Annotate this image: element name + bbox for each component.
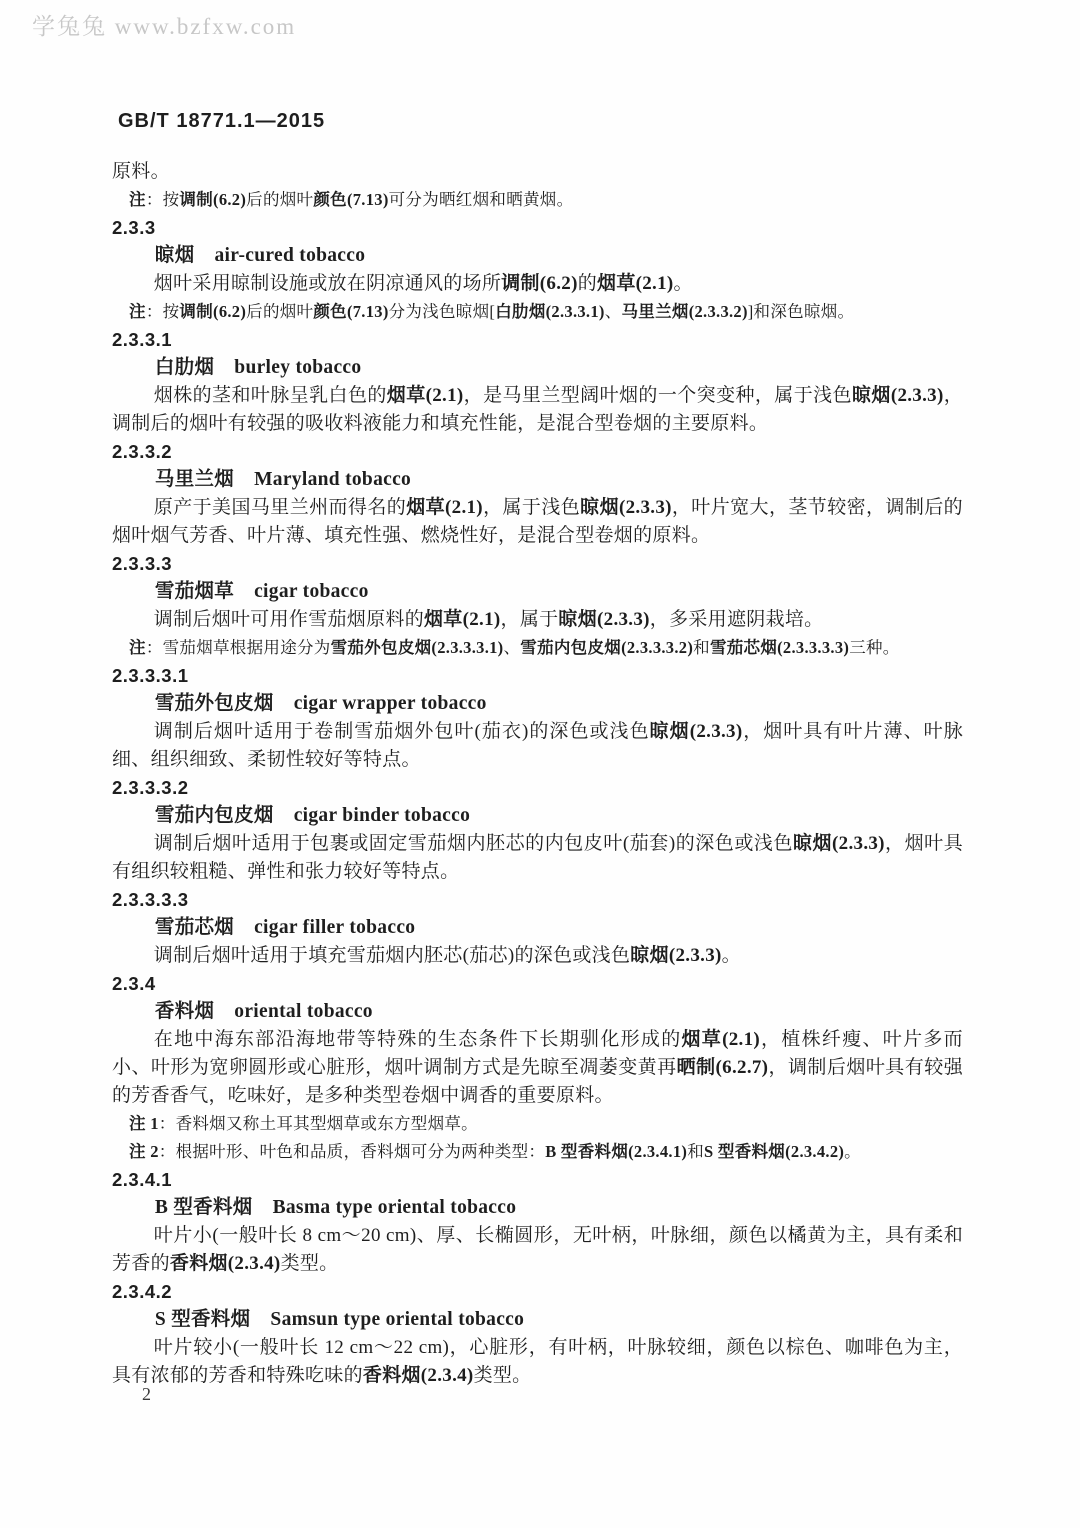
term-heading: S 型香料烟Samsun type oriental tobacco bbox=[112, 1306, 963, 1334]
clause-number: 2.3.4.2 bbox=[112, 1278, 963, 1306]
term-heading: 马里兰烟Maryland tobacco bbox=[112, 466, 963, 494]
bold-term: 颜色(7.13) bbox=[313, 302, 388, 321]
text-segment: 。 bbox=[844, 1142, 861, 1161]
bold-term: 晾烟(2.3.3) bbox=[630, 945, 721, 966]
bold-term: 注 2 bbox=[129, 1142, 159, 1161]
bold-term: 注 bbox=[129, 638, 146, 657]
watermark: 学兔兔 www.bzfxw.com bbox=[32, 8, 296, 41]
text-segment: ：按 bbox=[146, 190, 180, 209]
text-segment: 的 bbox=[578, 273, 597, 294]
clause-number: 2.3.4.1 bbox=[112, 1166, 963, 1194]
bold-term: 注 1 bbox=[129, 1114, 159, 1133]
text-segment: 调制后烟叶适用于卷制雪茄烟外包叶(茄衣)的深色或浅色 bbox=[154, 721, 650, 742]
text-segment: 和 bbox=[693, 638, 710, 657]
text-segment: 分为浅色晾烟[ bbox=[389, 302, 496, 321]
bold-term: 烟草(2.1) bbox=[682, 1029, 761, 1050]
definition-paragraph: 原产于美国马里兰州而得名的烟草(2.1)，属于浅色晾烟(2.3.3)，叶片宽大，… bbox=[112, 494, 963, 550]
text-segment: 原料。 bbox=[112, 161, 170, 182]
text-segment: 后的烟叶 bbox=[246, 190, 313, 209]
term-en: cigar filler tobacco bbox=[254, 917, 415, 938]
text-segment: 原产于美国马里兰州而得名的 bbox=[154, 497, 406, 518]
bold-term: 雪茄芯烟(2.3.3.3.3) bbox=[710, 638, 849, 657]
term-heading: 雪茄烟草cigar tobacco bbox=[112, 578, 963, 606]
definition-paragraph: 调制后烟叶可用作雪茄烟原料的烟草(2.1)，属于晾烟(2.3.3)，多采用遮阴栽… bbox=[112, 606, 963, 634]
bold-term: 马里兰烟(2.3.3.2) bbox=[622, 302, 748, 321]
note: 注：按调制(6.2)后的烟叶颜色(7.13)可分为晒红烟和晒黄烟。 bbox=[112, 186, 963, 214]
note: 注 1：香料烟又称土耳其型烟草或东方型烟草。 bbox=[112, 1110, 963, 1138]
text-segment: 调制后烟叶适用于填充雪茄烟内胚芯(茄芯)的深色或浅色 bbox=[154, 945, 630, 966]
text-segment: 类型。 bbox=[474, 1365, 532, 1386]
bold-term: 颜色(7.13) bbox=[313, 190, 388, 209]
bold-term: 烟草(2.1) bbox=[597, 273, 674, 294]
clause-number: 2.3.4 bbox=[112, 970, 963, 998]
text-segment: 烟株的茎和叶脉呈乳白色的 bbox=[154, 385, 387, 406]
term-zh: 白肋烟 bbox=[155, 357, 214, 378]
bold-term: B 型香料烟(2.3.4.1) bbox=[545, 1142, 687, 1161]
term-heading: B 型香料烟Basma type oriental tobacco bbox=[112, 1194, 963, 1222]
text-segment: 调制后烟叶适用于包裹或固定雪茄烟内胚芯的内包皮叶(茄套)的深色或浅色 bbox=[154, 833, 793, 854]
text-segment: 和 bbox=[687, 1142, 704, 1161]
bold-term: 香料烟(2.3.4) bbox=[170, 1253, 281, 1274]
bold-term: 晾烟(2.3.3) bbox=[650, 721, 743, 742]
bold-term: 香料烟(2.3.4) bbox=[363, 1365, 474, 1386]
bold-term: 烟草(2.1) bbox=[424, 609, 501, 630]
term-heading: 雪茄内包皮烟cigar binder tobacco bbox=[112, 802, 963, 830]
bold-term: 晾烟(2.3.3) bbox=[793, 833, 885, 854]
definition-paragraph: 调制后烟叶适用于卷制雪茄烟外包叶(茄衣)的深色或浅色晾烟(2.3.3)，烟叶具有… bbox=[112, 718, 963, 774]
definition-paragraph: 叶片较小(一般叶长 12 cm～22 cm)，心脏形，有叶柄，叶脉较细，颜色以棕… bbox=[112, 1334, 963, 1390]
term-en: cigar tobacco bbox=[254, 581, 369, 602]
text-segment: ，是马里兰型阔叶烟的一个突变种，属于浅色 bbox=[464, 385, 852, 406]
bold-term: 晾烟(2.3.3) bbox=[580, 497, 672, 518]
term-en: cigar wrapper tobacco bbox=[294, 693, 487, 714]
bold-term: 注 bbox=[129, 302, 146, 321]
bold-term: 晾烟(2.3.3) bbox=[852, 385, 944, 406]
paragraph-continuation: 原料。 bbox=[112, 158, 963, 186]
term-en: oriental tobacco bbox=[234, 1001, 373, 1022]
clause-number: 2.3.3.3.2 bbox=[112, 774, 963, 802]
term-zh: 雪茄烟草 bbox=[155, 581, 234, 602]
term-zh: 香料烟 bbox=[155, 1001, 214, 1022]
term-zh: 雪茄外包皮烟 bbox=[155, 693, 274, 714]
term-en: Samsun type oriental tobacco bbox=[270, 1309, 524, 1330]
term-zh: 雪茄芯烟 bbox=[155, 917, 234, 938]
doc-number-header: GB/T 18771.1—2015 bbox=[118, 110, 325, 133]
clause-number: 2.3.3.3.1 bbox=[112, 662, 963, 690]
definition-paragraph: 叶片小(一般叶长 8 cm～20 cm)、厚、长椭圆形，无叶柄，叶脉细，颜色以橘… bbox=[112, 1222, 963, 1278]
clause-number: 2.3.3.3 bbox=[112, 550, 963, 578]
text-segment: 。 bbox=[722, 945, 741, 966]
term-heading: 雪茄芯烟cigar filler tobacco bbox=[112, 914, 963, 942]
text-segment: 三种。 bbox=[849, 638, 899, 657]
text-segment: 后的烟叶 bbox=[246, 302, 313, 321]
term-zh: S 型香料烟 bbox=[155, 1309, 251, 1330]
text-segment: ：按 bbox=[146, 302, 180, 321]
text-segment: 在地中海东部沿海地带等特殊的生态条件下长期驯化形成的 bbox=[154, 1029, 682, 1050]
clause-number: 2.3.3.3.3 bbox=[112, 886, 963, 914]
bold-term: 晾烟(2.3.3) bbox=[558, 609, 649, 630]
note: 注：雪茄烟草根据用途分为雪茄外包皮烟(2.3.3.3.1)、雪茄内包皮烟(2.3… bbox=[112, 634, 963, 662]
definition-paragraph: 烟株的茎和叶脉呈乳白色的烟草(2.1)，是马里兰型阔叶烟的一个突变种，属于浅色晾… bbox=[112, 382, 963, 438]
term-heading: 晾烟air-cured tobacco bbox=[112, 242, 963, 270]
definition-paragraph: 烟叶采用晾制设施或放在阴凉通风的场所调制(6.2)的烟草(2.1)。 bbox=[112, 270, 963, 298]
text-segment: ]和深色晾烟。 bbox=[748, 302, 855, 321]
page-number: 2 bbox=[142, 1384, 151, 1405]
text-segment: 调制后烟叶可用作雪茄烟原料的 bbox=[154, 609, 424, 630]
bold-term: 烟草(2.1) bbox=[387, 385, 464, 406]
bold-term: 注 bbox=[129, 190, 146, 209]
text-segment: 、 bbox=[503, 638, 520, 657]
bold-term: 调制(6.2) bbox=[501, 273, 578, 294]
text-segment: 。 bbox=[674, 273, 693, 294]
definition-paragraph: 调制后烟叶适用于填充雪茄烟内胚芯(茄芯)的深色或浅色晾烟(2.3.3)。 bbox=[112, 942, 963, 970]
definition-paragraph: 调制后烟叶适用于包裹或固定雪茄烟内胚芯的内包皮叶(茄套)的深色或浅色晾烟(2.3… bbox=[112, 830, 963, 886]
text-segment: ，多采用遮阴栽培。 bbox=[650, 609, 824, 630]
clause-number: 2.3.3.2 bbox=[112, 438, 963, 466]
term-heading: 白肋烟burley tobacco bbox=[112, 354, 963, 382]
text-segment: 叶片较小(一般叶长 12 cm～22 cm)，心脏形，有叶柄，叶脉较细，颜色以棕… bbox=[112, 1337, 963, 1386]
text-segment: 、 bbox=[605, 302, 622, 321]
term-zh: 马里兰烟 bbox=[155, 469, 234, 490]
text-segment: ：根据叶形、叶色和品质，香料烟可分为两种类型： bbox=[159, 1142, 545, 1161]
clause-number: 2.3.3.1 bbox=[112, 326, 963, 354]
text-segment: ：雪茄烟草根据用途分为 bbox=[146, 638, 331, 657]
term-en: air-cured tobacco bbox=[215, 245, 366, 266]
term-zh: 雪茄内包皮烟 bbox=[155, 805, 274, 826]
text-segment: 烟叶采用晾制设施或放在阴凉通风的场所 bbox=[154, 273, 501, 294]
term-en: Maryland tobacco bbox=[254, 469, 411, 490]
term-en: Basma type oriental tobacco bbox=[273, 1197, 517, 1218]
term-en: cigar binder tobacco bbox=[294, 805, 470, 826]
text-segment: ，属于 bbox=[501, 609, 559, 630]
bold-term: 烟草(2.1) bbox=[406, 497, 483, 518]
term-heading: 雪茄外包皮烟cigar wrapper tobacco bbox=[112, 690, 963, 718]
bold-term: 白肋烟(2.3.3.1) bbox=[495, 302, 604, 321]
bold-term: 雪茄外包皮烟(2.3.3.3.1) bbox=[331, 638, 504, 657]
text-segment: 类型。 bbox=[281, 1253, 339, 1274]
clause-number: 2.3.3 bbox=[112, 214, 963, 242]
term-en: burley tobacco bbox=[234, 357, 361, 378]
note: 注 2：根据叶形、叶色和品质，香料烟可分为两种类型：B 型香料烟(2.3.4.1… bbox=[112, 1138, 963, 1166]
bold-term: S 型香料烟(2.3.4.2) bbox=[704, 1142, 844, 1161]
bold-term: 雪茄内包皮烟(2.3.3.3.2) bbox=[520, 638, 693, 657]
term-heading: 香料烟oriental tobacco bbox=[112, 998, 963, 1026]
bold-term: 晒制(6.2.7) bbox=[677, 1057, 769, 1078]
text-segment: 可分为晒红烟和晒黄烟。 bbox=[389, 190, 574, 209]
note: 注：按调制(6.2)后的烟叶颜色(7.13)分为浅色晾烟[白肋烟(2.3.3.1… bbox=[112, 298, 963, 326]
term-zh: 晾烟 bbox=[155, 245, 195, 266]
text-segment: ，属于浅色 bbox=[483, 497, 580, 518]
term-zh: B 型香料烟 bbox=[155, 1197, 253, 1218]
definition-paragraph: 在地中海东部沿海地带等特殊的生态条件下长期驯化形成的烟草(2.1)，植株纤瘦、叶… bbox=[112, 1026, 963, 1110]
text-segment: ：香料烟又称土耳其型烟草或东方型烟草。 bbox=[159, 1114, 478, 1133]
bold-term: 调制(6.2) bbox=[179, 302, 246, 321]
document-body: 原料。注：按调制(6.2)后的烟叶颜色(7.13)可分为晒红烟和晒黄烟。2.3.… bbox=[112, 158, 963, 1390]
bold-term: 调制(6.2) bbox=[179, 190, 246, 209]
